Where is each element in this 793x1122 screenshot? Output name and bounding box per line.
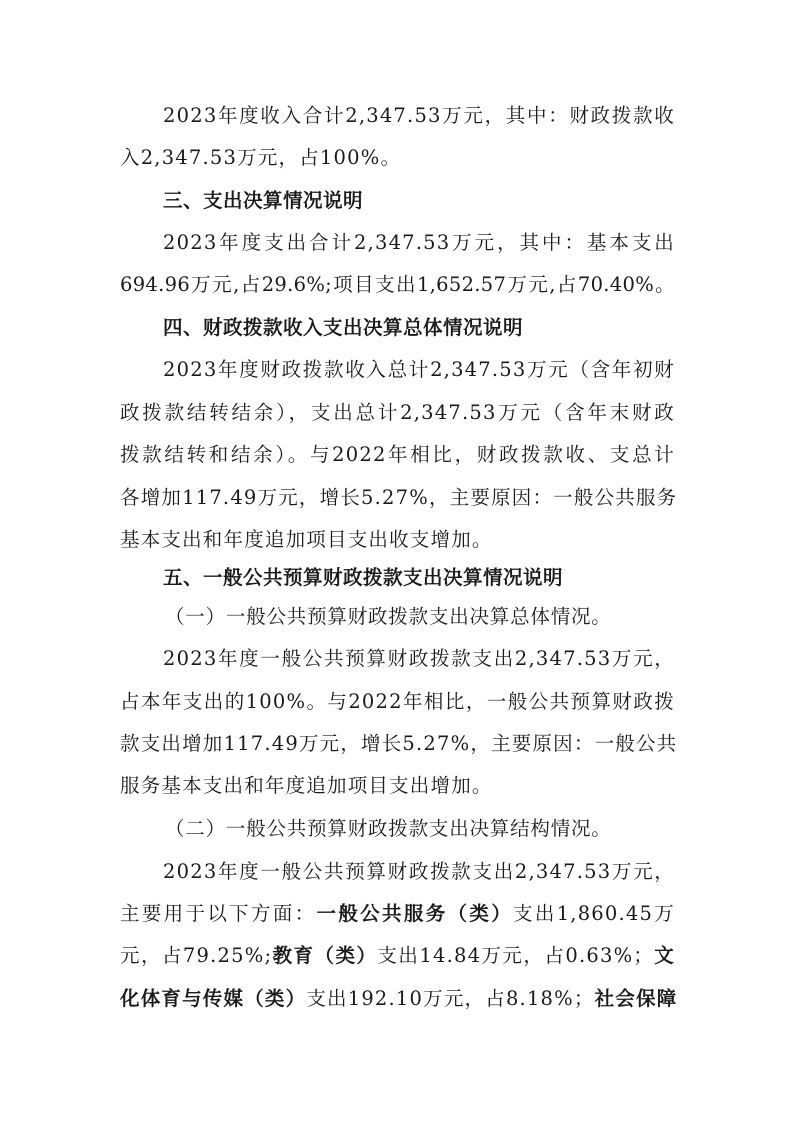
- category-general-public-services: 一般公共服务（类）: [317, 902, 514, 925]
- text-run: 元，占79.25%;: [120, 944, 272, 967]
- paragraph-line: 主要用于以下方面：一般公共服务（类）支出1,860.45万: [120, 901, 675, 927]
- section-heading-3: 三、支出决算情况说明: [163, 188, 675, 214]
- paragraph-line: 2023年度支出合计2,347.53万元，其中：基本支出: [163, 230, 675, 256]
- paragraph-line: 占本年支出的100%。与2022年相比，一般公共预算财政拨: [120, 689, 675, 715]
- paragraph-line: 基本支出和年度追加项目支出收支增加。: [120, 527, 675, 553]
- paragraph-line: 款支出增加117.49万元，增长5.27%，主要原因：一般公共: [120, 731, 675, 757]
- text-run: 主要用于以下方面：: [120, 902, 317, 925]
- paragraph-line: 2023年度一般公共预算财政拨款支出2,347.53万元，: [163, 646, 675, 672]
- paragraph-line: 694.96万元,占29.6%;项目支出1,652.57万元,占70.40%。: [120, 272, 675, 298]
- category-education: 教育（类）: [272, 944, 377, 967]
- paragraph-line: 服务基本支出和年度追加项目支出增加。: [120, 773, 675, 799]
- paragraph-line: 化体育与传媒（类）支出192.10万元，占8.18%；社会保障: [120, 986, 675, 1012]
- subsection-heading-2: （二）一般公共预算财政拨款支出决算结构情况。: [165, 816, 675, 842]
- category-culture-start: 文: [654, 944, 675, 967]
- text-run: 支出192.10万元，占8.18%；: [306, 987, 594, 1010]
- text-run: 支出1,860.45万: [513, 902, 675, 925]
- subsection-heading-1: （一）一般公共预算财政拨款支出决算总体情况。: [165, 604, 675, 630]
- paragraph-line: 政拨款结转结余），支出总计2,347.53万元（含年末财政: [120, 400, 675, 426]
- paragraph-line: 元，占79.25%;教育（类）支出14.84万元，占0.63%；文: [120, 943, 675, 969]
- paragraph-line: 2023年度收入合计2,347.53万元，其中：财政拨款收: [163, 103, 675, 129]
- paragraph-line: 2023年度财政拨款收入总计2,347.53万元（含年初财: [163, 357, 675, 383]
- text-run: 支出14.84万元，占0.63%；: [377, 944, 654, 967]
- category-social-security: 社会保障: [595, 987, 678, 1010]
- paragraph-line: 2023年度一般公共预算财政拨款支出2,347.53万元，: [163, 859, 675, 885]
- paragraph-line: 入2,347.53万元，占100%。: [120, 145, 675, 171]
- document-page: 2023年度收入合计2,347.53万元，其中：财政拨款收 入2,347.53万…: [0, 0, 793, 1122]
- section-heading-5: 五、一般公共预算财政拨款支出决算情况说明: [163, 565, 675, 591]
- category-culture-sports-media: 化体育与传媒（类）: [120, 987, 306, 1010]
- section-heading-4: 四、财政拨款收入支出决算总体情况说明: [163, 315, 675, 341]
- paragraph-line: 各增加117.49万元，增长5.27%，主要原因：一般公共服务: [120, 485, 675, 511]
- paragraph-line: 拨款结转和结余）。与2022年相比，财政拨款收、支总计: [120, 442, 675, 468]
